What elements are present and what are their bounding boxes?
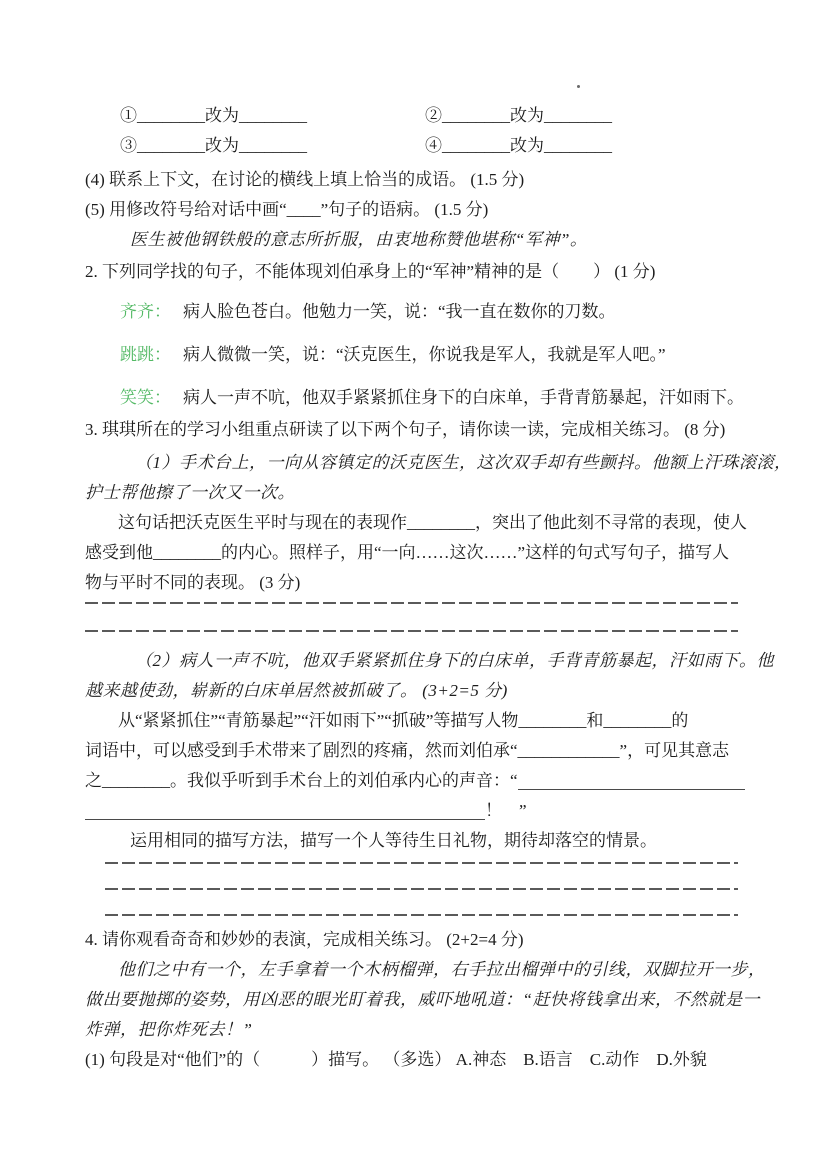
q3-part2-task-line3-text: 之________。我似乎听到手术台上的刘伯承内心的声音：“ xyxy=(85,766,518,796)
student-answer-qiqi: 齐齐： 病人脸色苍白。他勉力一笑，说：“我一直在数你的刀数。 xyxy=(85,297,745,327)
q4-passage-line3: 炸弹，把你炸死去！” xyxy=(85,1015,745,1045)
q3-part1-quote-line2: 护士帮他擦了一次又一次。 xyxy=(85,478,745,508)
question-3-stem: 3. 琪琪所在的学习小组重点研读了以下两个句子，请你读一读，完成相关练习。 (8… xyxy=(85,415,745,445)
q4-passage-line2: 做出要抛掷的姿势，用凶恶的眼光盯着我，威吓地吼道：“赶快将钱拿出来，不然就是一 xyxy=(85,985,745,1015)
sub-question-5-quote: 医生被他钢铁般的意志所折服，由衷地称赞他堪称“军神”。 xyxy=(85,225,745,255)
q3-part1-task-line3: 物与平时不同的表现。 (3 分) xyxy=(85,568,745,598)
q3-part2-task-line4-text: ！ ” xyxy=(485,796,527,826)
correction-blank-2: ②________改为________ xyxy=(425,101,745,131)
correction-blank-4: ④________改为________ xyxy=(425,131,745,161)
q3-part2-task-line1: 从“紧紧抓住”“青筋暴起”“汗如雨下”“抓破”等描写人物________和___… xyxy=(85,706,745,736)
student-answer-text: 病人一声不吭，他双手紧紧抓住身下的白床单，手背青筋暴起，汗如雨下。 xyxy=(183,383,744,413)
q4-passage-line1: 他们之中有一个，左手拿着一个木柄榴弹，右手拉出榴弹中的引线，双脚拉开一步， xyxy=(85,955,745,985)
q3-part2-quote-line2: 越来越使劲，崭新的白床单居然被抓破了。 (3+2=5 分) xyxy=(85,676,745,706)
student-answer-text: 病人脸色苍白。他勉力一笑，说：“我一直在数你的刀数。 xyxy=(183,297,616,327)
correction-blank-1: ①________改为________ xyxy=(85,101,425,131)
long-blank-underline xyxy=(518,766,745,790)
sub-question-5: (5) 用修改符号给对话中画“____”句子的语病。 (1.5 分) xyxy=(85,195,745,225)
answer-line xyxy=(85,630,738,632)
question-4-stem: 4. 请你观看奇奇和妙妙的表演，完成相关练习。 (2+2=4 分) xyxy=(85,925,745,955)
exam-page-content: ①________改为________ ②________改为________ … xyxy=(85,101,745,1075)
answer-line xyxy=(105,888,738,890)
student-answer-text: 病人微微一笑，说：“沃克医生，你说我是军人，我就是军人吧。” xyxy=(183,340,666,370)
q4-sub-question-1: (1) 句段是对“他们”的（ ）描写。 （多选） A.神态 B.语言 C.动作 … xyxy=(85,1045,745,1075)
q3-part1-quote-line1: （1）手术台上，一向从容镇定的沃克医生，这次双手却有些颤抖。他额上汗珠滚滚， xyxy=(85,448,745,478)
q3-part2-task-line3: 之________。我似乎听到手术台上的刘伯承内心的声音：“ xyxy=(85,766,745,796)
student-answer-tiaotiao: 跳跳： 病人微微一笑，说：“沃克医生，你说我是军人，我就是军人吧。” xyxy=(85,340,745,370)
q3-part1-task-line1: 这句话把沃克医生平时与现在的表现作________，突出了他此刻不寻常的表现，使… xyxy=(85,508,745,538)
correction-blanks-row-2: ③________改为________ ④________改为________ xyxy=(85,131,745,161)
q3-part2-task-line4: ！ ” xyxy=(85,796,745,826)
student-answer-xiaoxiao: 笑笑： 病人一声不吭，他双手紧紧抓住身下的白床单，手背青筋暴起，汗如雨下。 xyxy=(85,383,745,413)
stray-mark-dot xyxy=(577,85,580,88)
student-name-tiaotiao: 跳跳： xyxy=(120,340,171,370)
answer-line xyxy=(85,602,738,604)
long-blank-underline xyxy=(85,796,485,820)
student-name-qiqi: 齐齐： xyxy=(120,297,171,327)
q3-part2-quote-line1: （2）病人一声不吭，他双手紧紧抓住身下的白床单，手背青筋暴起，汗如雨下。他 xyxy=(85,646,745,676)
answer-line xyxy=(105,914,738,916)
correction-blanks-row-1: ①________改为________ ②________改为________ xyxy=(85,101,745,131)
q3-part2-task-line2: 词语中，可以感受到手术带来了剧烈的疼痛，然而刘伯承“____________”，… xyxy=(85,736,745,766)
q3-part2-hint: 运用相同的描写方法，描写一个人等待生日礼物，期待却落空的情景。 xyxy=(85,826,745,856)
answer-line xyxy=(105,862,738,864)
q3-part1-task-line2: 感受到他________的内心。照样子，用“一向……这次……”这样的句式写句子，… xyxy=(85,538,745,568)
sub-question-4: (4) 联系上下文，在讨论的横线上填上恰当的成语。 (1.5 分) xyxy=(85,165,745,195)
student-name-xiaoxiao: 笑笑： xyxy=(120,383,171,413)
question-2-stem: 2. 下列同学找的句子，不能体现刘伯承身上的“军神”精神的是（ ） (1 分) xyxy=(85,257,745,287)
correction-blank-3: ③________改为________ xyxy=(85,131,425,161)
